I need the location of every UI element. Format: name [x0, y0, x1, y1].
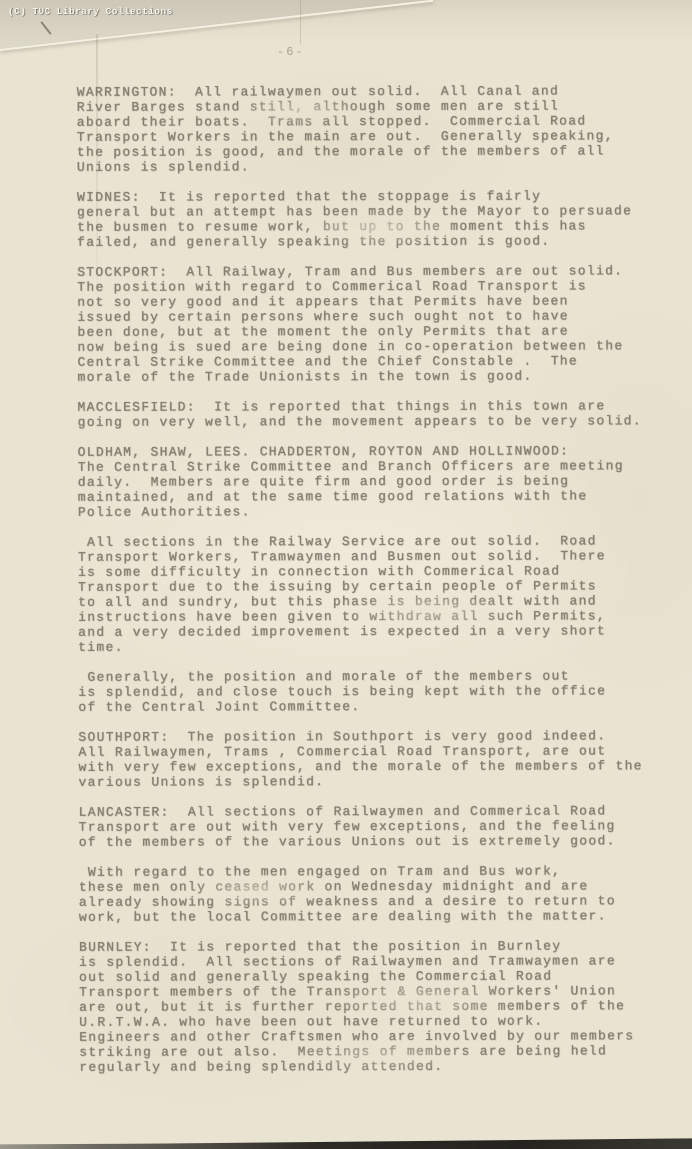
- paragraph-widnes: WIDNES: It is reported that the stoppage…: [77, 188, 677, 250]
- text-line: striking are out also. Meetings of membe…: [79, 1043, 679, 1060]
- text-line: various Unions is splendid.: [79, 773, 679, 790]
- text-line: OLDHAM, SHAW, LEES. CHADDERTON, ROYTON A…: [78, 443, 678, 460]
- text-line: Transport Workers, Tramwaymen and Busmen…: [78, 548, 678, 565]
- paragraph-lancaster: LANCASTER: All sections of Railwaymen an…: [79, 803, 679, 850]
- text-line: general but an attempt has been made by …: [77, 203, 677, 220]
- text-line: out solid and generally speaking the Com…: [79, 968, 679, 985]
- text-line: these men only ceased work on Wednesday …: [79, 878, 679, 895]
- text-line: WIDNES: It is reported that the stoppage…: [77, 188, 677, 205]
- text-line: SOUTHPORT: The position in Southport is …: [78, 728, 678, 745]
- paragraph-southport: SOUTHPORT: The position in Southport is …: [78, 728, 678, 790]
- text-line: BURNLEY: It is reported that the positio…: [79, 938, 679, 955]
- text-line: All Railwaymen, Trams , Commercial Road …: [78, 743, 678, 760]
- paragraph-tram-bus-men: With regard to the men engaged on Tram a…: [79, 863, 679, 925]
- text-line: Transport Workers in the main are out. G…: [77, 128, 677, 145]
- scan-bottom-edge: [0, 1136, 692, 1149]
- paragraph-stockport: STOCKPORT: All Railway, Tram and Bus mem…: [77, 263, 677, 385]
- text-line: With regard to the men engaged on Tram a…: [79, 863, 679, 880]
- text-line: issued by certain persons where such oug…: [77, 308, 677, 325]
- paragraph-warrington: WARRINGTON: All railwaymen out solid. Al…: [77, 83, 677, 175]
- text-line: instructions have been given to withdraw…: [78, 608, 678, 625]
- text-line: morale of the Trade Unionists in the tow…: [77, 368, 677, 385]
- text-line: are out, but it is further reported that…: [79, 998, 679, 1015]
- paragraph-burnley: BURNLEY: It is reported that the positio…: [79, 938, 679, 1075]
- text-line: now being is sued are being done in co-o…: [77, 338, 677, 355]
- paragraph-railway-service: All sections in the Railway Service are …: [78, 533, 678, 655]
- text-line: River Barges stand still, although some …: [77, 98, 677, 115]
- text-line: daily. Members are quite firm and good o…: [78, 473, 678, 490]
- text-line: going on very well, and the movement app…: [78, 413, 678, 430]
- text-line: STOCKPORT: All Railway, Tram and Bus mem…: [77, 263, 677, 280]
- text-line: time.: [78, 638, 678, 655]
- text-line: the position is good, and the morale of …: [77, 143, 677, 160]
- text-line: Unions is splendid.: [77, 158, 677, 175]
- text-line: Transport members of the Transport & Gen…: [79, 983, 679, 1000]
- text-line: failed, and generally speaking the posit…: [77, 233, 677, 250]
- text-line: aboard their boats. Trams all stopped. C…: [77, 113, 677, 130]
- text-line: Central Strike Committee and the Chief C…: [77, 353, 677, 370]
- text-line: of the members of the various Unions out…: [79, 833, 679, 850]
- text-line: MACCLESFIELD: It is reported that things…: [78, 398, 678, 415]
- text-line: regularly and being splendidly attended.: [79, 1058, 679, 1075]
- text-line: LANCASTER: All sections of Railwaymen an…: [79, 803, 679, 820]
- text-line: is some difficulty in connection with Co…: [78, 563, 678, 580]
- vertical-crease: [300, 0, 301, 44]
- text-line: Transport due to the issuing by certain …: [78, 578, 678, 595]
- text-line: The position with regard to Commerical R…: [77, 278, 677, 295]
- text-line: maintained, and at the same time good re…: [78, 488, 678, 505]
- text-line: already showing signs of weakness and a …: [79, 893, 679, 910]
- text-line: of the Central Joint Committee.: [78, 698, 678, 715]
- text-line: All sections in the Railway Service are …: [78, 533, 678, 550]
- text-line: and a very decided improvement is expect…: [78, 623, 678, 640]
- text-line: the busmen to resume work, but up to the…: [77, 218, 677, 235]
- text-line: not so very good and it appears that Per…: [77, 293, 677, 310]
- text-line: WARRINGTON: All railwaymen out solid. Al…: [77, 83, 677, 100]
- page-number: -6-: [277, 45, 305, 59]
- text-line: is splendid, and close touch is being ke…: [78, 683, 678, 700]
- text-line: with very few exceptions, and the morale…: [78, 758, 678, 775]
- text-line: Police Authorities.: [78, 503, 678, 520]
- text-line: work, but the local Committee are dealin…: [79, 908, 679, 925]
- paragraph-macclesfield: MACCLESFIELD: It is reported that things…: [78, 398, 678, 430]
- paragraph-general-position: Generally, the position and morale of th…: [78, 668, 678, 715]
- text-line: U.R.T.W.A. who have been out have return…: [79, 1013, 679, 1030]
- text-line: to all and sundry, but this phase is bei…: [78, 593, 678, 610]
- paragraph-oldham-district: OLDHAM, SHAW, LEES. CHADDERTON, ROYTON A…: [78, 443, 678, 520]
- document-text: WARRINGTON: All railwaymen out solid. Al…: [77, 83, 680, 1075]
- text-line: The Central Strike Committee and Branch …: [78, 458, 678, 475]
- copyright-watermark: (C) TUC Library Collections: [8, 6, 173, 17]
- text-line: is splendid. All sections of Railwaymen …: [79, 953, 679, 970]
- text-line: been done, but at the moment the only Pe…: [77, 323, 677, 340]
- text-line: Generally, the position and morale of th…: [78, 668, 678, 685]
- text-line: Transport are out with very few exceptio…: [79, 818, 679, 835]
- text-line: Engineers and other Craftsmen who are in…: [79, 1028, 679, 1045]
